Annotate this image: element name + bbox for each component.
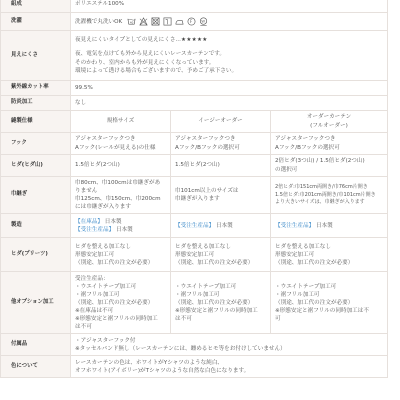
- label-wash: 洗濯: [1, 13, 71, 31]
- cell-line: Aフック/Bフックの選択可: [275, 144, 383, 152]
- options-easy: ・ウエイトテープ加工可 ・裾フリル加工可 （別途、加工代の注文が必要） ※形態安…: [171, 272, 271, 334]
- pleat-easy: 1.5倍ヒダ(2つ山): [171, 155, 271, 177]
- hook-easy: アジャスターフックつきAフック/Bフックの選択可: [171, 133, 271, 155]
- cell-line: レースカーテンの色は、ホワイトがYシャツのような純白、: [75, 359, 383, 367]
- cell-line: （別途、加工代の注文が必要）: [175, 259, 266, 267]
- row-color: 色について レースカーテンの色は、ホワイトがYシャツのような純白、 オフホワイト…: [1, 356, 388, 378]
- cell-line: アジャスターフックつき: [175, 135, 266, 143]
- cell-line: アジャスターフックつき: [275, 135, 383, 143]
- wash-40-icon: 40: [127, 17, 136, 26]
- made-to-order-link[interactable]: 【受注生産品】: [175, 223, 214, 229]
- col-header-standard: 規格サイズ: [71, 111, 171, 133]
- pleat-standard: 1.5倍ヒダ(2つ山): [71, 155, 171, 177]
- cell-line: ヒダを整える加工なし: [175, 243, 266, 251]
- row-seam: 巾継ぎ 巾80cm、巾100cmは巾継ぎがあ りません 巾125cm、巾150c…: [1, 177, 388, 214]
- made-in-text: 日本製: [216, 223, 233, 229]
- no-bleach-icon: [139, 17, 148, 26]
- made-in-text: 日本製: [105, 219, 122, 225]
- cell-line: 1.5倍ヒダ:巾201cm両開き/巾101cm片開き: [275, 192, 383, 199]
- laundry-icons: 40 F W: [127, 17, 208, 26]
- cell-line: ・裾フリル加工可: [75, 291, 166, 299]
- cell-line: 2倍ヒダ:巾151cm両開き/巾76cm片開き: [275, 184, 383, 191]
- cell-line: アジャスターフックつき: [75, 135, 166, 143]
- label-hook: フック: [1, 133, 71, 155]
- cell-line: ※在庫品は不可: [75, 307, 166, 315]
- cell-line: ヒダを整える加工なし: [275, 243, 383, 251]
- cell-line: （別途、加工代の注文が必要）: [175, 299, 266, 307]
- label-pleat: ヒダ(ヒダ山): [1, 155, 71, 177]
- cell-line: 形態安定加工可: [275, 251, 383, 259]
- label-sewing: 縫製仕様: [1, 111, 71, 133]
- options-standard: 受注生産品： ・ウエイトテープ加工可 ・裾フリル加工可 （別途、加工代の注文が必…: [71, 272, 171, 334]
- label-accessories: 付属品: [1, 334, 71, 356]
- cell-line: ・裾フリル加工可: [175, 291, 266, 299]
- value-flame: なし: [71, 96, 388, 111]
- row-wash: 洗濯 洗濯機で丸洗いOK 40 F W: [1, 13, 388, 31]
- cell-line: （別途、加工代の注文が必要）: [75, 259, 166, 267]
- cell-line: 巾継ぎが入ります: [175, 195, 266, 203]
- made-standard: 【在庫品】 日本製 【受注生産品】 日本製: [71, 214, 171, 238]
- cell-line: ・アジャスターフック付: [75, 337, 383, 345]
- cell-line: の選択可: [275, 166, 383, 174]
- svg-text:40: 40: [130, 20, 134, 24]
- pleats-easy: ヒダを整える加工なし形態安定加工可（別途、加工代の注文が必要）: [171, 238, 271, 272]
- cell-line: （別途、加工代の注文が必要）: [275, 299, 383, 307]
- cell-line: は不可: [75, 323, 166, 331]
- label-seam: 巾継ぎ: [1, 177, 71, 214]
- label-options: 他オプション加工: [1, 272, 71, 334]
- cell-line: Aフック/Bフックの選択可: [175, 144, 266, 152]
- made-easy: 【受注生産品】 日本製: [171, 214, 271, 238]
- value-material: ポリエステル100%: [71, 0, 388, 13]
- row-made: 製造 【在庫品】 日本製 【受注生産品】 日本製 【受注生産品】 日本製 【受注…: [1, 214, 388, 238]
- wash-text: 洗濯機で丸洗いOK: [75, 19, 122, 25]
- value-visibility: 夜見えにくいタイプとしての見えにくさ…★★★★★ 夜、電気を点けても外から見えに…: [71, 31, 388, 81]
- cell-line: 2倍ヒダ(3つ山) / 1.5倍ヒダ(2つ山): [275, 157, 383, 165]
- row-pleat: ヒダ(ヒダ山) 1.5倍ヒダ(2つ山) 1.5倍ヒダ(2つ山) 2倍ヒダ(3つ山…: [1, 155, 388, 177]
- full-order-title: オーダーカーテン: [275, 113, 383, 121]
- cell-line: 巾125cm、巾150cm、巾200cm: [75, 195, 166, 203]
- made-to-order-link[interactable]: 【受注生産品】: [75, 227, 114, 233]
- stock-item-link[interactable]: 【在庫品】: [75, 219, 103, 225]
- made-full: 【受注生産品】 日本製: [271, 214, 388, 238]
- svg-text:W: W: [201, 19, 205, 23]
- visibility-line: 環境によって透ける場合もございますので、予めご了承下さい。: [75, 67, 383, 75]
- cell-line: りません: [75, 187, 166, 195]
- row-accessories: 付属品 ・アジャスターフック付 ※タッセルバンド無し（レースカーテンには、纏める…: [1, 334, 388, 356]
- row-flame: 防炎加工 なし: [1, 96, 388, 111]
- label-color: 色について: [1, 356, 71, 378]
- cell-line: ※形態安定と裾フリルの同時加工は不: [275, 307, 383, 315]
- cell-line: ・裾フリル加工可: [275, 291, 383, 299]
- line-dry-icon: [163, 17, 172, 26]
- iron-low-icon: [175, 17, 184, 26]
- seam-full: 2倍ヒダ:巾151cm両開き/巾76cm片開き 1.5倍ヒダ:巾201cm両開き…: [271, 177, 388, 214]
- made-in-text: 日本製: [316, 223, 333, 229]
- cell-line: ・ウエイトテープ加工可: [75, 283, 166, 291]
- hook-full: アジャスターフックつきAフック/Bフックの選択可: [271, 133, 388, 155]
- cell-line: 可: [275, 315, 383, 323]
- pleat-full: 2倍ヒダ(3つ山) / 1.5倍ヒダ(2つ山)の選択可: [271, 155, 388, 177]
- row-hook: フック アジャスターフックつきAフック(レールが見える)の仕様 アジャスターフッ…: [1, 133, 388, 155]
- value-wash: 洗濯機で丸洗いOK 40 F W: [71, 13, 388, 31]
- star-rating: ★★★★★: [181, 37, 208, 43]
- cell-line: ※形態安定と裾フリルの同時加工: [75, 315, 166, 323]
- cell-line: （別途、加工代の注文が必要）: [75, 299, 166, 307]
- made-to-order-link[interactable]: 【受注生産品】: [275, 223, 314, 229]
- cell-line: オフホワイト(アイボリー)がTシャツのような自然な白色になります。: [75, 367, 383, 375]
- made-in-text: 日本製: [116, 227, 133, 233]
- label-uv: 紫外線カット率: [1, 81, 71, 96]
- visibility-rating-text: 夜見えにくいタイプとしての見えにくさ…: [75, 37, 181, 43]
- wet-clean-w-icon: W: [199, 17, 208, 26]
- spec-table-container: 組成 ポリエステル100% 洗濯 洗濯機で丸洗いOK 40 F W 見えにくさ …: [0, 0, 387, 378]
- col-header-easy-order: イージーオーダー: [171, 111, 271, 133]
- row-options: 他オプション加工 受注生産品： ・ウエイトテープ加工可 ・裾フリル加工可 （別途…: [1, 272, 388, 334]
- visibility-line: そのかわり、室内からも外が見えにくくなっています。: [75, 59, 383, 67]
- cell-line: ・ウエイトテープ加工可: [275, 283, 383, 291]
- cell-line: （別途、加工代の注文が必要）: [275, 259, 383, 267]
- cell-line: 巾101cm以上のサイズは: [175, 187, 266, 195]
- col-header-full-order: オーダーカーテン (フルオーダー): [271, 111, 388, 133]
- label-material: 組成: [1, 0, 71, 13]
- cell-line: ※タッセルバンド無し（レースカーテンには、纏めるヒモ等をお付けしていません）: [75, 345, 383, 353]
- cell-line: ヒダを整える加工なし: [75, 243, 166, 251]
- cell-line: は不可: [175, 315, 266, 323]
- no-tumble-dry-icon: [151, 17, 160, 26]
- value-uv: 99.5%: [71, 81, 388, 96]
- row-sewing: 縫製仕様 規格サイズ イージーオーダー オーダーカーテン (フルオーダー): [1, 111, 388, 133]
- label-made: 製造: [1, 214, 71, 238]
- value-accessories: ・アジャスターフック付 ※タッセルバンド無し（レースカーテンには、纏めるヒモ等を…: [71, 334, 388, 356]
- cell-line: Aフック(レールが見える)の仕様: [75, 144, 166, 152]
- row-uv: 紫外線カット率 99.5%: [1, 81, 388, 96]
- row-material: 組成 ポリエステル100%: [1, 0, 388, 13]
- pleats-standard: ヒダを整える加工なし形態安定加工可（別途、加工代の注文が必要）: [71, 238, 171, 272]
- value-color: レースカーテンの色は、ホワイトがYシャツのような純白、 オフホワイト(アイボリー…: [71, 356, 388, 378]
- product-spec-table: 組成 ポリエステル100% 洗濯 洗濯機で丸洗いOK 40 F W 見えにくさ …: [0, 0, 388, 378]
- dryclean-f-icon: F: [187, 17, 196, 26]
- cell-line: 巾80cm、巾100cmは巾継ぎがあ: [75, 179, 166, 187]
- cell-line: ※形態安定と裾フリルの同時加工: [175, 307, 266, 315]
- cell-line: には巾継ぎが入ります: [75, 203, 166, 211]
- label-flame: 防炎加工: [1, 96, 71, 111]
- seam-standard: 巾80cm、巾100cmは巾継ぎがあ りません 巾125cm、巾150cm、巾2…: [71, 177, 171, 214]
- label-pleats-processing: ヒダ(プリーツ): [1, 238, 71, 272]
- cell-line: 形態安定加工可: [175, 251, 266, 259]
- visibility-line: 夜、電気を点けても外から見えにくいレースカーテンです。: [75, 50, 383, 58]
- cell-line: 形態安定加工可: [75, 251, 166, 259]
- pleats-full: ヒダを整える加工なし形態安定加工可（別途、加工代の注文が必要）: [271, 238, 388, 272]
- options-full: ・ウエイトテープ加工可 ・裾フリル加工可 （別途、加工代の注文が必要） ※形態安…: [271, 272, 388, 334]
- row-visibility: 見えにくさ 夜見えにくいタイプとしての見えにくさ…★★★★★ 夜、電気を点けても…: [1, 31, 388, 81]
- cell-line: ・ウエイトテープ加工可: [175, 283, 266, 291]
- svg-text:F: F: [190, 19, 193, 24]
- full-order-subtitle: (フルオーダー): [275, 122, 383, 130]
- cell-line: 受注生産品：: [75, 275, 166, 283]
- cell-line: より大きいサイズは、巾継ぎが入ります: [275, 199, 383, 206]
- label-visibility: 見えにくさ: [1, 31, 71, 81]
- seam-easy: 巾101cm以上のサイズは 巾継ぎが入ります: [171, 177, 271, 214]
- hook-standard: アジャスターフックつきAフック(レールが見える)の仕様: [71, 133, 171, 155]
- row-pleats-processing: ヒダ(プリーツ) ヒダを整える加工なし形態安定加工可（別途、加工代の注文が必要）…: [1, 238, 388, 272]
